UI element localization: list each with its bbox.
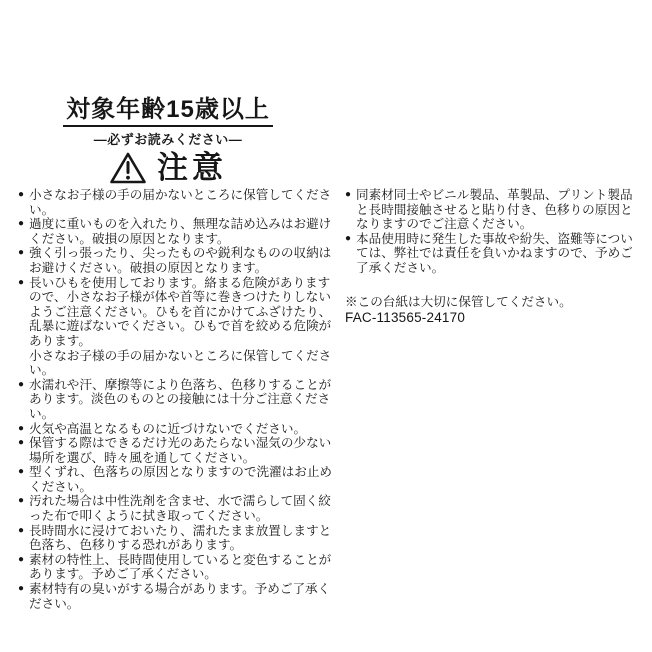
warning-text: 型くずれ、色落ちの原因となりますので洗濯はお止めください。 — [29, 465, 339, 494]
bullet-icon: ● — [345, 232, 356, 247]
warning-text: 本品使用時に発生した事故や紛失、盗難等については、弊社では責任を負いかねますので… — [356, 232, 643, 276]
right-bullet-list: ●同素材同士やビニル製品、革製品、プリント製品と長時間接触させると貼り付き、色移… — [345, 188, 643, 276]
bullet-icon: ● — [18, 524, 29, 539]
caution-heading: 注意 — [0, 151, 336, 185]
warning-text: 水濡れや汗、摩擦等により色落ち、色移りすることがあります。淡色のものとの接触には… — [29, 378, 339, 422]
warning-text: 同素材同士やビニル製品、革製品、プリント製品と長時間接触させると貼り付き、色移り… — [356, 188, 643, 232]
warning-text: 強く引っ張ったり、尖ったものや鋭利なものの収納はお避けください。破損の原因となり… — [29, 246, 339, 275]
warning-text: 小さなお子様の手の届かないところに保管してください。 — [29, 188, 339, 217]
caution-title: 注意 — [157, 152, 227, 183]
bullet-icon: ● — [18, 276, 29, 291]
warning-text: 火気や高温となるものに近づけないでください。 — [29, 422, 339, 437]
warning-triangle-icon — [109, 151, 147, 185]
bullet-icon: ● — [18, 582, 29, 597]
list-item: ●長時間水に浸けておいたり、濡れたまま放置しますと色落ち、色移りする恐れがありま… — [18, 524, 339, 553]
list-item: ●素材の特性上、長時間使用していると変色することがあります。予めご了承ください。 — [18, 553, 339, 582]
warning-text: 素材特有の臭いがする場合があります。予めご了承ください。 — [29, 582, 339, 611]
list-item: ●火気や高温となるものに近づけないでください。 — [18, 422, 339, 437]
bullet-icon: ● — [18, 553, 29, 568]
header: 対象年齢15歳以上 —必ずお読みください— 注意 — [0, 96, 336, 185]
list-item: ●同素材同士やビニル製品、革製品、プリント製品と長時間接触させると貼り付き、色移… — [345, 188, 643, 232]
list-item: ●長いひもを使用しております。絡まる危険がありますので、小さなお子様が体や首等に… — [18, 276, 339, 378]
left-warning-column: ●小さなお子様の手の届かないところに保管してください。 ●過度に重いものを入れた… — [18, 188, 339, 611]
warning-text: 素材の特性上、長時間使用していると変色することがあります。予めご了承ください。 — [29, 553, 339, 582]
list-item: ●本品使用時に発生した事故や紛失、盗難等については、弊社では責任を負いかねますの… — [345, 232, 643, 276]
list-item: ●型くずれ、色落ちの原因となりますので洗濯はお止めください。 — [18, 465, 339, 494]
product-code: FAC-113565-24170 — [345, 311, 643, 326]
list-item: ●汚れた場合は中性洗剤を含ませ、水で濡らして固く絞った布で叩くように拭き取ってく… — [18, 494, 339, 523]
bullet-icon: ● — [18, 188, 29, 203]
warning-text: 保管する際はできるだけ光のあたらない湿気の少ない場所を選び、時々風を通してくださ… — [29, 436, 339, 465]
left-bullet-list: ●小さなお子様の手の届かないところに保管してください。 ●過度に重いものを入れた… — [18, 188, 339, 611]
list-item: ●強く引っ張ったり、尖ったものや鋭利なものの収納はお避けください。破損の原因とな… — [18, 246, 339, 275]
warning-text: 長いひもを使用しております。絡まる危険がありますので、小さなお子様が体や首等に巻… — [29, 276, 339, 378]
list-item: ●過度に重いものを入れたり、無理な詰め込みはお避けください。破損の原因となります… — [18, 217, 339, 246]
bullet-icon: ● — [18, 378, 29, 393]
read-me-subtitle: —必ずお読みください— — [0, 129, 336, 148]
caution-card: 対象年齢15歳以上 —必ずお読みください— 注意 ●小さなお子様の手の届かないと… — [0, 0, 652, 652]
age-label-wrap: 対象年齢15歳以上 — [0, 96, 336, 127]
warning-text: 汚れた場合は中性洗剤を含ませ、水で濡らして固く絞った布で叩くように拭き取ってくだ… — [29, 494, 339, 523]
list-item: ●水濡れや汗、摩擦等により色落ち、色移りすることがあります。淡色のものとの接触に… — [18, 378, 339, 422]
bullet-icon: ● — [18, 422, 29, 437]
right-warning-column: ●同素材同士やビニル製品、革製品、プリント製品と長時間接触させると貼り付き、色移… — [345, 188, 643, 326]
list-item: ●小さなお子様の手の届かないところに保管してください。 — [18, 188, 339, 217]
bullet-icon: ● — [18, 436, 29, 451]
warning-text: 過度に重いものを入れたり、無理な詰め込みはお避けください。破損の原因となります。 — [29, 217, 339, 246]
bullet-icon: ● — [18, 465, 29, 480]
age-label: 対象年齢15歳以上 — [63, 96, 273, 127]
list-item: ●素材特有の臭いがする場合があります。予めご了承ください。 — [18, 582, 339, 611]
list-item: ●保管する際はできるだけ光のあたらない湿気の少ない場所を選び、時々風を通してくだ… — [18, 436, 339, 465]
bullet-icon: ● — [345, 188, 356, 203]
warning-text: 長時間水に浸けておいたり、濡れたまま放置しますと色落ち、色移りする恐れがあります… — [29, 524, 339, 553]
bullet-icon: ● — [18, 494, 29, 509]
bullet-icon: ● — [18, 217, 29, 232]
keep-card-note: ※この台紙は大切に保管してください。 — [345, 295, 643, 310]
bullet-icon: ● — [18, 246, 29, 261]
